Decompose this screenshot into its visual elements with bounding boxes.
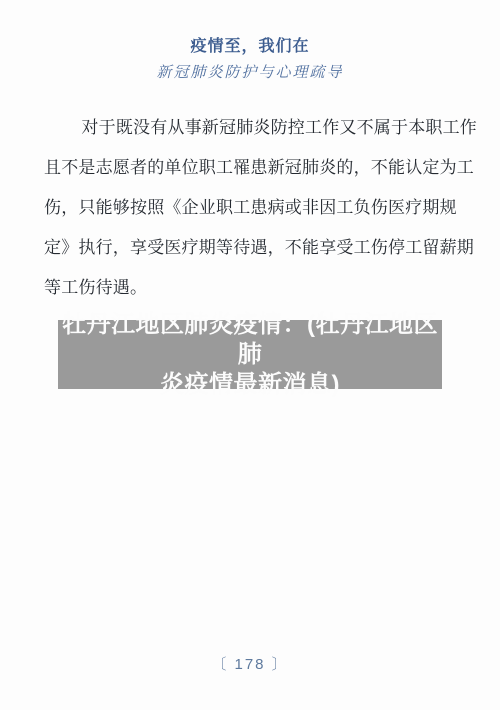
paragraph-line: 等工伤待遇。 — [44, 268, 456, 308]
page-header: 疫情至，我们在 新冠肺炎防护与心理疏导 — [0, 0, 500, 82]
seo-title-banner: 牡丹江地区肺炎疫情：(牡丹江地区肺 炎疫情最新消息) — [58, 320, 442, 389]
book-subtitle: 新冠肺炎防护与心理疏导 — [0, 62, 500, 82]
banner-title-line-2: 炎疫情最新消息) — [160, 370, 340, 400]
paragraph-line: 伤，只能够按照《企业职工患病或非因工负伤医疗期规 — [44, 188, 456, 228]
page-footer: 〔 178 〕 — [0, 653, 500, 674]
book-title: 疫情至，我们在 — [0, 37, 500, 57]
paragraph-line: 定》执行，享受医疗期等待遇，不能享受工伤停工留薪期 — [44, 228, 456, 268]
paragraph-line: 对于既没有从事新冠肺炎防控工作又不属于本职工作 — [44, 108, 456, 148]
banner-title-line-1: 牡丹江地区肺炎疫情：(牡丹江地区肺 — [58, 310, 442, 370]
article-paragraph: 对于既没有从事新冠肺炎防控工作又不属于本职工作 且不是志愿者的单位职工罹患新冠肺… — [44, 108, 456, 308]
paragraph-line: 且不是志愿者的单位职工罹患新冠肺炎的，不能认定为工 — [44, 148, 456, 188]
page-number: 〔 178 〕 — [211, 656, 288, 673]
book-page: 疫情至，我们在 新冠肺炎防护与心理疏导 对于既没有从事新冠肺炎防控工作又不属于本… — [0, 0, 500, 710]
